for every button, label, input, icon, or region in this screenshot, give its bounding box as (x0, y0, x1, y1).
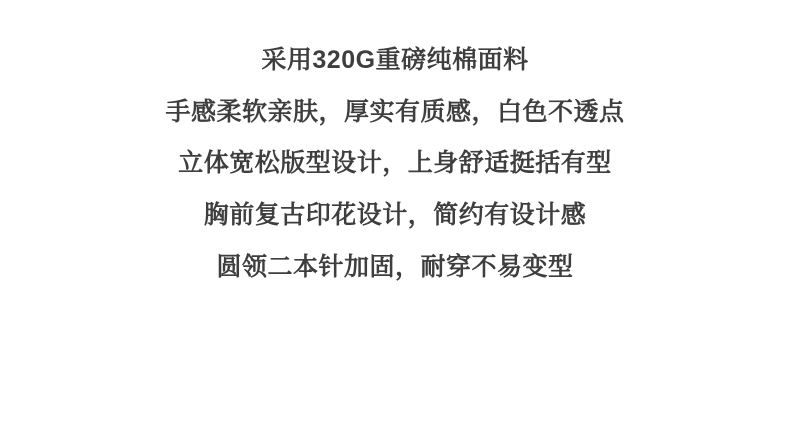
feature-line-print: 胸前复古印花设计，简约有设计感 (0, 190, 790, 242)
feature-line-fit: 立体宽松版型设计，上身舒适挺括有型 (0, 138, 790, 190)
product-feature-list: 采用320G重磅纯棉面料 手感柔软亲肤，厚实有质感，白色不透点 立体宽松版型设计… (0, 0, 790, 294)
feature-line-collar: 圆领二本针加固，耐穿不易变型 (0, 242, 790, 294)
feature-line-fabric: 采用320G重磅纯棉面料 (0, 35, 790, 87)
feature-line-feel: 手感柔软亲肤，厚实有质感，白色不透点 (0, 87, 790, 139)
